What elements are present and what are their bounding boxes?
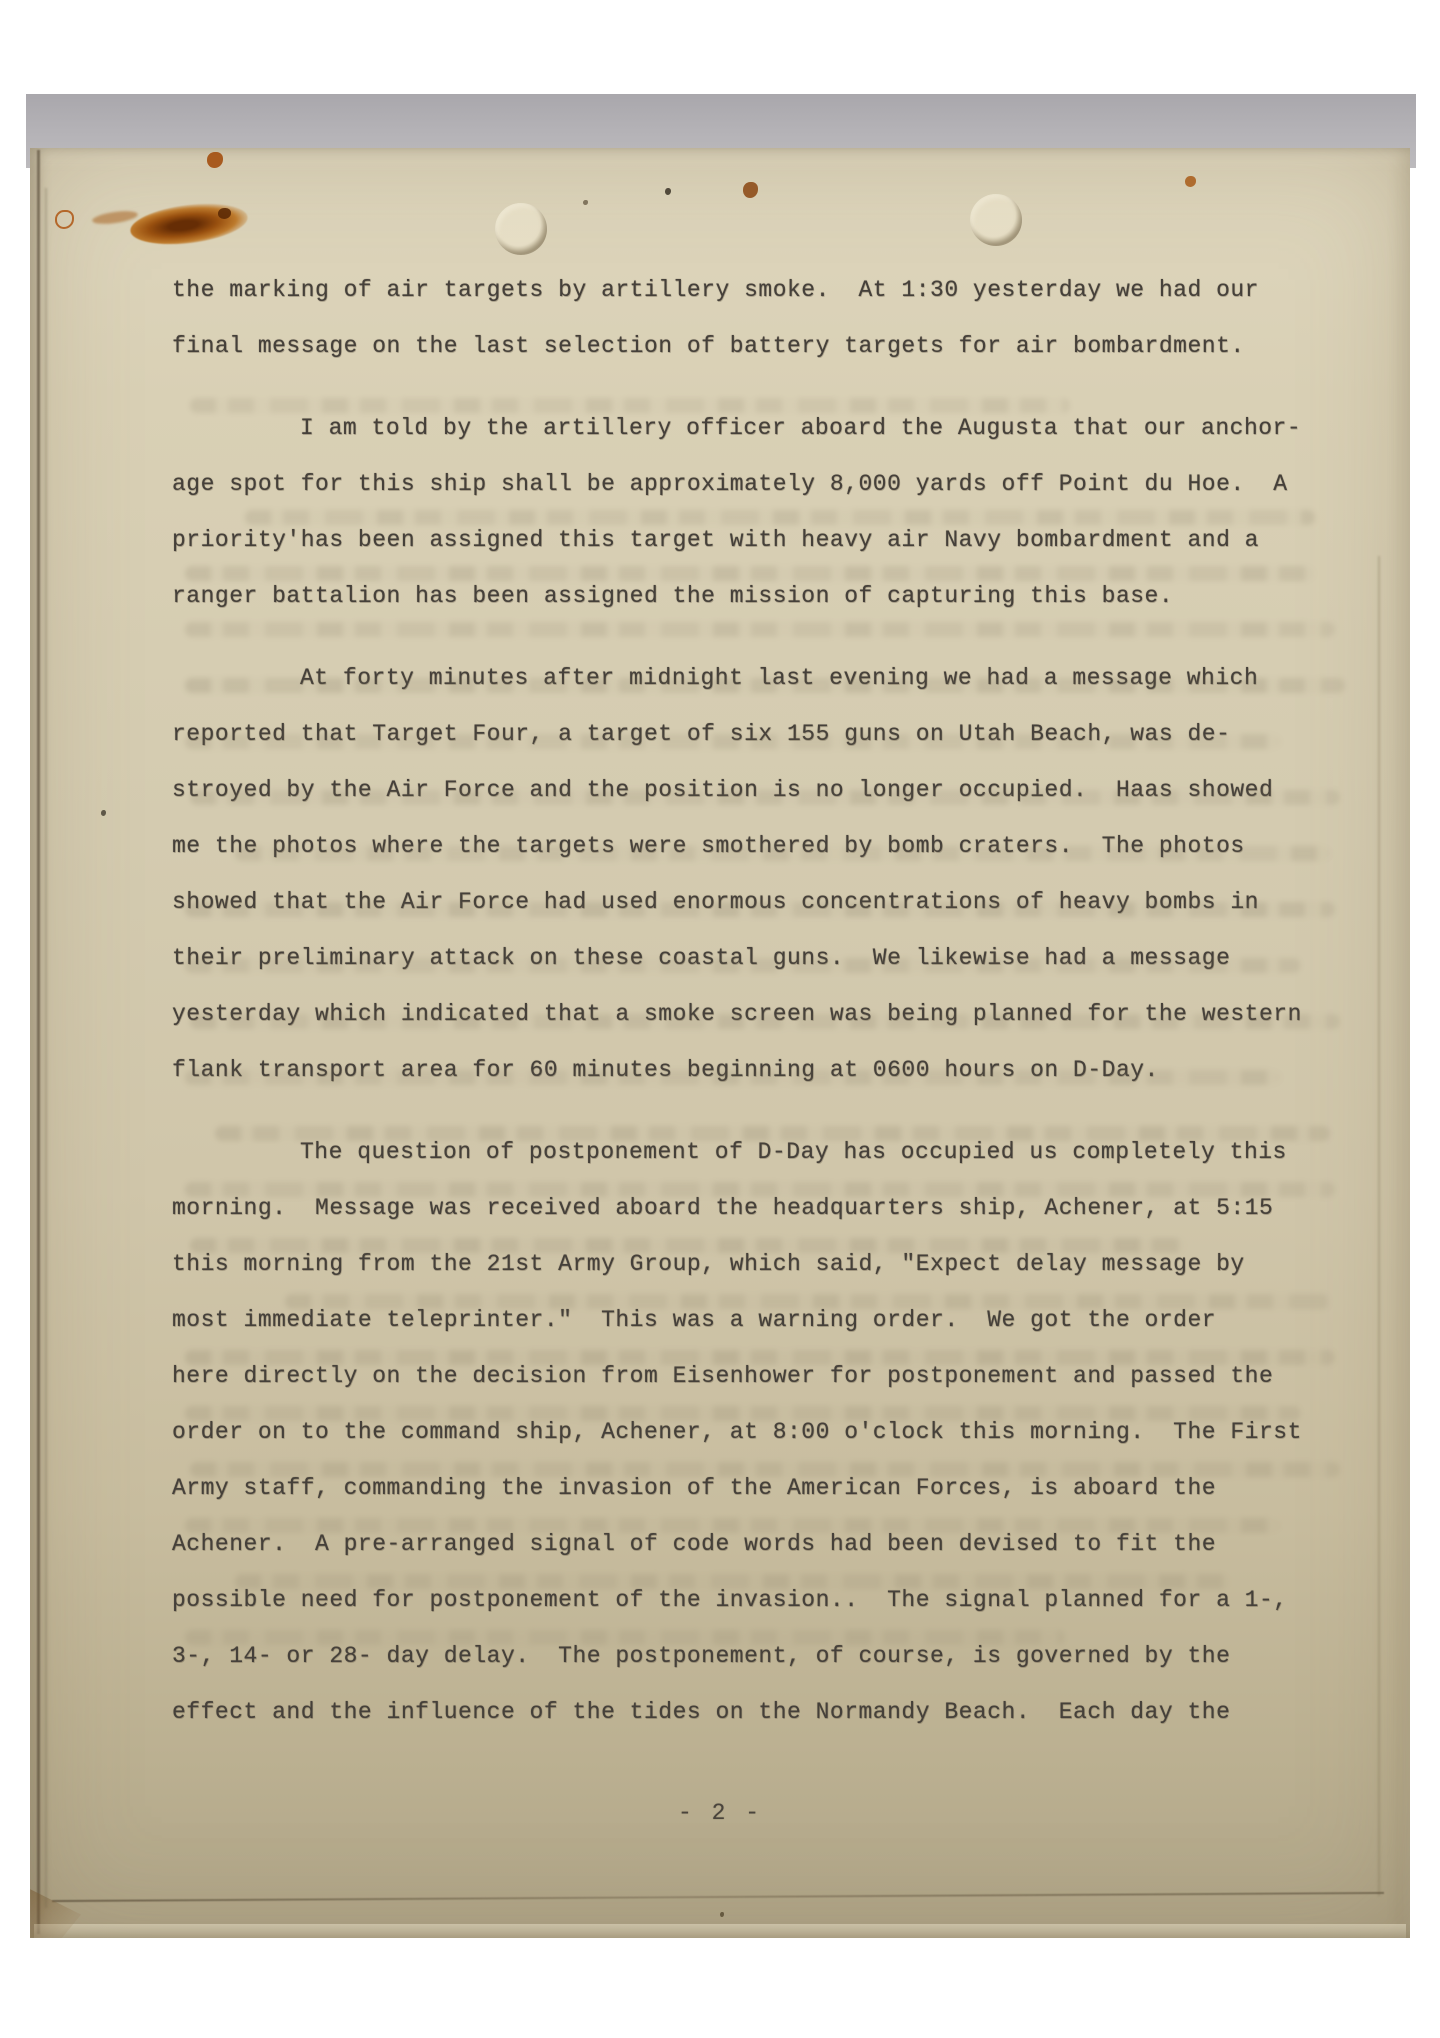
- bleedthrough-text-ghost: [185, 566, 1315, 581]
- stain-speck: [583, 200, 588, 205]
- bleedthrough-text-ghost: [235, 1574, 1230, 1589]
- paragraph: At forty minutes after midnight last eve…: [172, 650, 1352, 1098]
- text-line: effect and the influence of the tides on…: [172, 1684, 1352, 1740]
- bleedthrough-text-ghost: [185, 1070, 1280, 1085]
- bleedthrough-text-ghost: [235, 846, 1330, 861]
- stain-speck: [665, 188, 671, 195]
- bleedthrough-text-ghost: [190, 790, 1340, 805]
- document-page: the marking of air targets by artillery …: [30, 148, 1410, 1938]
- stain-speck: [1185, 176, 1196, 187]
- text-line: age spot for this ship shall be approxim…: [172, 456, 1352, 512]
- bleedthrough-text-ghost: [285, 1294, 1330, 1309]
- stain-speck: [720, 1912, 724, 1917]
- bleedthrough-text-ghost: [185, 902, 1335, 917]
- bleedthrough-text-ghost: [190, 1014, 1340, 1029]
- bleedthrough-text-ghost: [215, 1126, 1330, 1141]
- bleedthrough-text-ghost: [245, 510, 1315, 525]
- stain-speck: [55, 210, 74, 229]
- text-line: the marking of air targets by artillery …: [172, 262, 1352, 318]
- bleedthrough-text-ghost: [190, 1238, 1185, 1253]
- rust-stain-smear: [128, 198, 250, 250]
- bleedthrough-text-ghost: [185, 1350, 1335, 1365]
- bleedthrough-text-ghost: [185, 958, 1300, 973]
- bleedthrough-text-ghost: [185, 622, 1335, 637]
- paragraph: the marking of air targets by artillery …: [172, 262, 1352, 374]
- bleedthrough-text-ghost: [190, 398, 1070, 413]
- punch-hole-right: [970, 194, 1022, 246]
- paper-crease-bottom: [52, 1892, 1384, 1902]
- bleedthrough-text-ghost: [185, 1406, 1300, 1421]
- paper-crease-right: [1378, 556, 1380, 1896]
- stain-speck: [207, 152, 223, 168]
- punch-hole-left: [495, 203, 547, 255]
- sheet-edge-below: [34, 1924, 1406, 1938]
- bleedthrough-text-ghost: [190, 1462, 1340, 1477]
- page-number: - 2 -: [30, 1800, 1410, 1826]
- bleedthrough-text-ghost: [185, 734, 1280, 749]
- stain-speck: [743, 182, 758, 198]
- paragraph: The question of postponement of D-Day ha…: [172, 1124, 1352, 1740]
- stain-speck: [101, 810, 106, 816]
- bleedthrough-text-ghost: [185, 1182, 1335, 1197]
- bleedthrough-text-ghost: [185, 1518, 1280, 1533]
- bleedthrough-text-ghost: [185, 678, 1345, 693]
- text-line: final message on the last selection of b…: [172, 318, 1352, 374]
- rust-stain-tail: [91, 209, 138, 226]
- bleedthrough-text-ghost: [185, 1630, 1065, 1645]
